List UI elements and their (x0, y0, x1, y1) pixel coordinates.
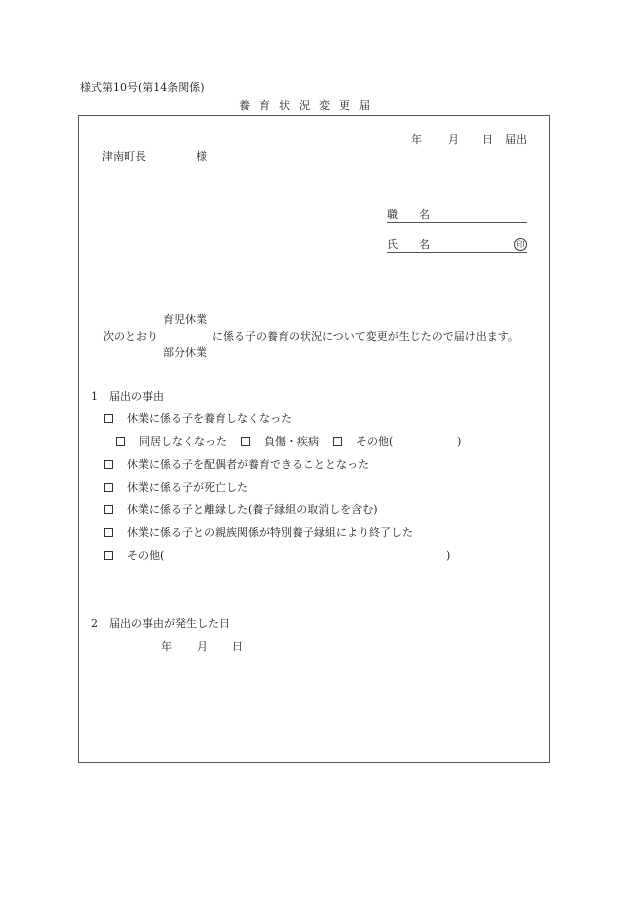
checkbox[interactable] (104, 528, 113, 537)
filing-date: 年 (411, 134, 422, 145)
document-title: 養育状況変更届 (239, 100, 379, 111)
checkbox[interactable] (104, 414, 113, 423)
reason-label: その他( (127, 549, 164, 562)
checkbox[interactable] (241, 437, 250, 446)
reason-item-no-longer-raising[interactable]: 休業に係る子を養育しなくなった (104, 413, 292, 424)
statement-rest: に係る子の養育の状況について変更が生じたので届け出ます。 (212, 331, 519, 342)
statement-lead: 次のとおり (103, 331, 158, 342)
reason-item-dissolution[interactable]: 休業に係る子と離縁した(養子縁組の取消しを含む) (104, 504, 378, 515)
checkbox[interactable] (104, 460, 113, 469)
reason-label: 休業に係る子を養育しなくなった (127, 412, 292, 425)
seal-icon: 印 (514, 238, 527, 251)
reason-item-spouse-can-raise[interactable]: 休業に係る子を配偶者が養育できることとなった (104, 459, 369, 470)
sub-reason-row: 同居しなくなった負傷・疾病その他( (116, 436, 393, 447)
checkbox[interactable] (104, 551, 113, 560)
filing-suffix: 届出 (505, 134, 527, 145)
checkbox[interactable] (116, 437, 125, 446)
sub-reason-label: 負傷・疾病 (264, 435, 319, 448)
option-childcare-leave[interactable]: 育児休業 (163, 314, 207, 325)
form-number-label: 様式第10号(第14条関係) (80, 82, 205, 93)
filing-year-label: 年 (411, 133, 422, 146)
reason-label: 休業に係る子と離縁した(養子縁組の取消しを含む) (127, 503, 378, 516)
other-close: ) (446, 550, 450, 561)
addressee: 津南町長 (102, 151, 146, 162)
sub-other-close: ) (457, 436, 461, 447)
sub-reason-label: 同居しなくなった (139, 435, 227, 448)
filing-month: 月 (448, 134, 459, 145)
filing-day-label: 日 (482, 133, 493, 146)
occurrence-year-label: 年 (161, 641, 172, 652)
occurrence-day-label: 日 (232, 641, 243, 652)
section2-heading: 2 届出の事由が発生した日 (91, 618, 230, 629)
position-label: 職 名 (387, 209, 435, 220)
section1-heading: 1 届出の事由 (91, 391, 164, 402)
option-partial-leave[interactable]: 部分休業 (163, 347, 207, 358)
reason-label: 休業に係る子との親族関係が特別養子縁組により終了した (127, 526, 413, 539)
name-label: 氏 名 (387, 239, 435, 250)
reason-label: 休業に係る子を配偶者が養育できることとなった (127, 458, 369, 471)
checkbox[interactable] (104, 505, 113, 514)
honorific: 様 (196, 151, 207, 162)
reason-label: 休業に係る子が死亡した (127, 481, 248, 494)
reason-item-child-died[interactable]: 休業に係る子が死亡した (104, 482, 248, 493)
reason-item-other[interactable]: その他( (104, 550, 164, 561)
sub-reason-label: その他( (356, 435, 393, 448)
checkbox[interactable] (333, 437, 342, 446)
reason-item-special-adoption[interactable]: 休業に係る子との親族関係が特別養子縁組により終了した (104, 527, 413, 538)
filing-day: 日 (482, 134, 493, 145)
occurrence-month-label: 月 (197, 641, 208, 652)
filing-month-label: 月 (448, 133, 459, 146)
checkbox[interactable] (104, 483, 113, 492)
